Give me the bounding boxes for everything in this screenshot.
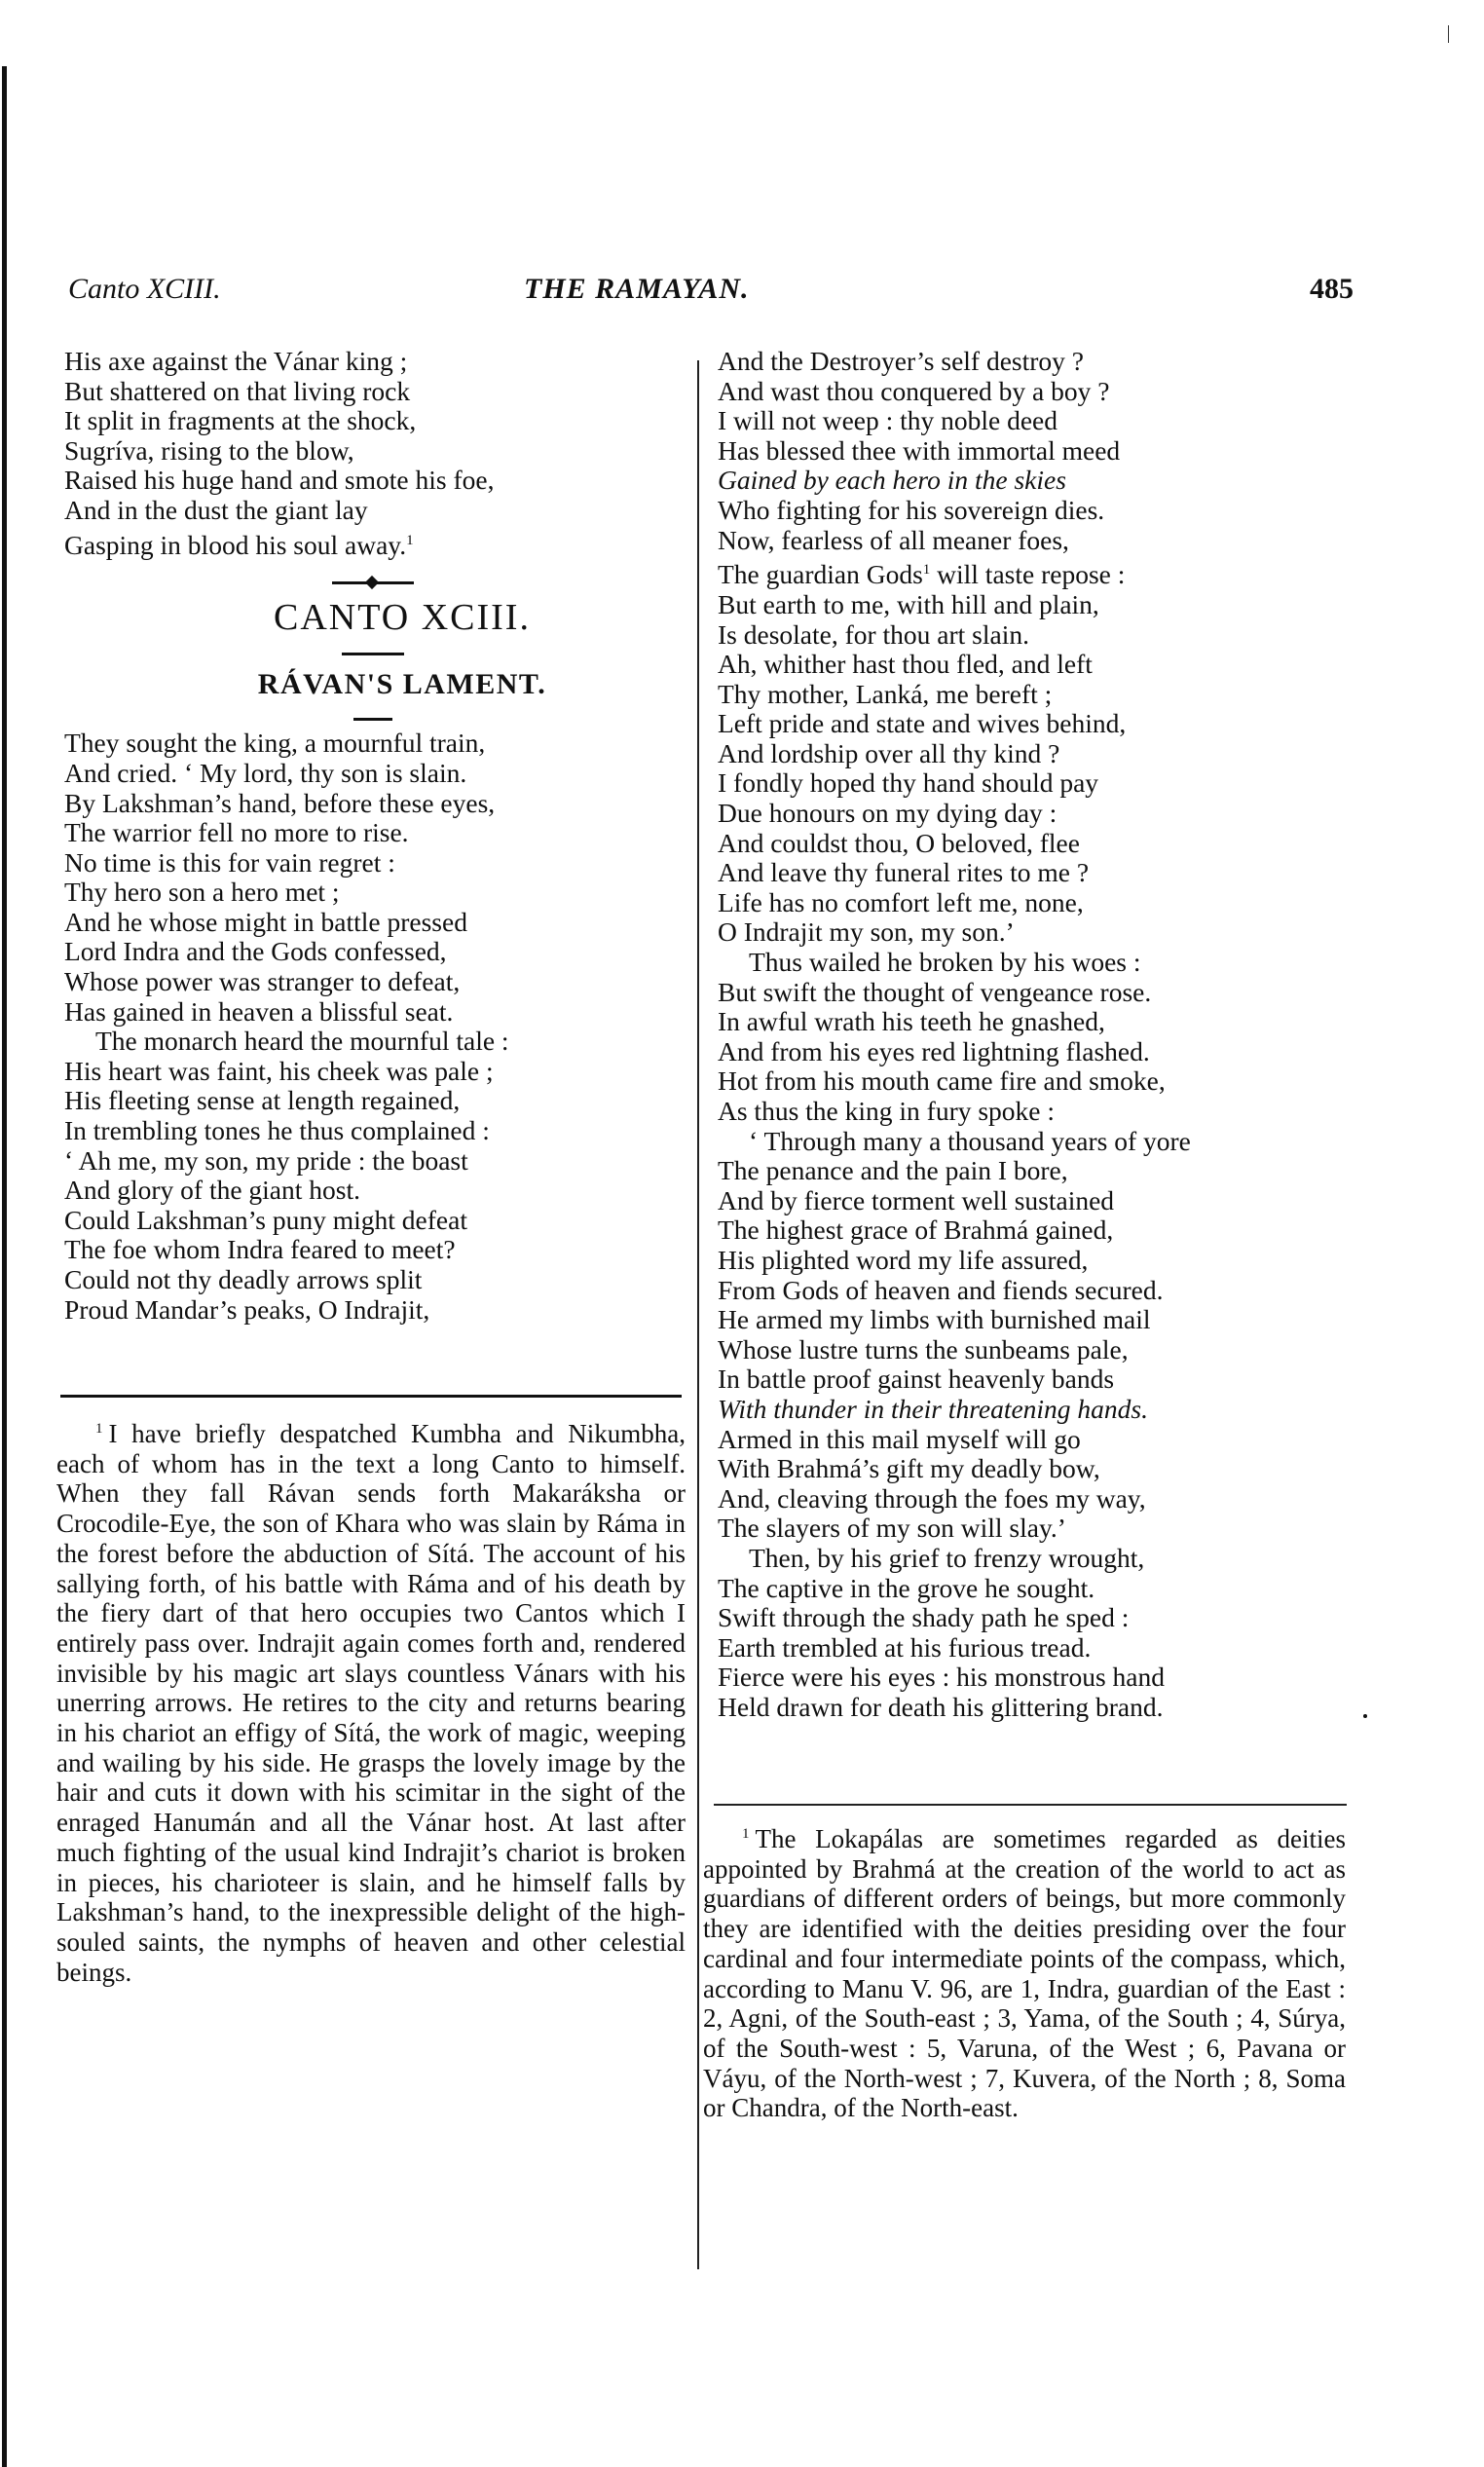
verse-line: No time is this for vain regret : [64,848,682,878]
page-scan-edge [2,66,7,2467]
verse-line: And wast thou conquered by a boy ? [718,377,1347,407]
verse-line: And glory of the giant host. [64,1176,682,1206]
verse-line: Ah, whither hast thou fled, and left [718,650,1347,680]
verse-line: Lord Indra and the Gods confessed, [64,937,682,967]
right-column: And the Destroyer’s self destroy ? And w… [718,347,1347,1722]
verse-line: Life has no comfort left me, none, [718,888,1347,918]
verse-line: And in the dust the giant lay [64,496,682,526]
verse-line: Left pride and state and wives behind, [718,709,1347,739]
verse-line: With thunder in their threatening hands. [718,1395,1347,1425]
running-head: Canto XCIII. THE RAMAYAN. 485 [0,273,1484,312]
verse-line: Gained by each hero in the skies [718,466,1347,496]
verse-line: He armed my limbs with burnished mail [718,1305,1347,1335]
verse-line: Now, fearless of all meaner foes, [718,526,1347,556]
ornament-divider-icon [332,581,414,584]
verse-line-text: Gained by each hero in the skies [718,465,1066,495]
scan-mark [1448,25,1449,43]
footnote-rule [714,1804,1347,1806]
footnote-text: I have briefly despatched Kumbha and Nik… [56,1419,686,1987]
verse-line: It split in fragments at the shock, [64,406,682,436]
footnote-right: 1The Lokapálas are sometimes regarded as… [703,1819,1346,2123]
verse-line: They sought the king, a mournful train, [64,729,682,759]
verse-line: ‘ Ah me, my son, my pride : the boast [64,1146,682,1177]
verse-line: And by fierce torment well sustained [718,1186,1347,1216]
verse-line: Could Lakshman’s puny might defeat [64,1206,682,1236]
verse-line: And leave thy funeral rites to me ? [718,858,1347,888]
verse-line: And cried. ‘ My lord, thy son is slain. [64,759,682,789]
verse-line: By Lakshman’s hand, before these eyes, [64,789,682,819]
verse-line: Thus wailed he broken by his woes : [718,948,1347,978]
verse-line: Whose power was stranger to defeat, [64,967,682,997]
verse-line: Raised his huge hand and smote his foe, [64,466,682,496]
verse-line: Proud Mandar’s peaks, O Indrajit, [64,1295,682,1326]
verse-line: Sugríva, rising to the blow, [64,436,682,467]
verse-line: The penance and the pain I bore, [718,1156,1347,1186]
footnote-ref: 1 [406,533,414,548]
footnote-rule [60,1395,682,1398]
verse-line: The slayers of my son will slay.’ [718,1514,1347,1544]
verse-line-text: The guardian Gods [718,559,923,589]
running-head-title: THE RAMAYAN. [524,273,750,306]
verse-line: Held drawn for death his glittering bran… [718,1693,1347,1723]
verse-line-text: Gasping in blood his soul away. [64,530,406,560]
verse-line: His heart was faint, his cheek was pale … [64,1057,682,1087]
verse-line: Then, by his grief to frenzy wrought, [718,1544,1347,1574]
verse-before-canto: His axe against the Vánar king ; But sha… [64,347,682,560]
heading-rule [342,653,404,655]
verse-line: But shattered on that living rock [64,377,682,407]
verse-line: His axe against the Vánar king ; [64,347,682,377]
verse-line: And from his eyes red lightning flashed. [718,1037,1347,1067]
footnote-text: The Lokapálas are sometimes regarded as … [703,1824,1346,2122]
footnote-marker: 1 [95,1421,103,1437]
footnote-left: 1I have briefly despatched Kumbha and Ni… [56,1414,686,1987]
verse-line: But earth to me, with hill and plain, [718,590,1347,620]
verse-line: Thy mother, Lanká, me bereft ; [718,680,1347,710]
verse-line: I will not weep : thy noble deed [718,406,1347,436]
verse-line: His plighted word my life assured, [718,1246,1347,1276]
footnote-paragraph: 1I have briefly despatched Kumbha and Ni… [56,1414,686,1987]
verse-line: Is desolate, for thou art slain. [718,620,1347,651]
verse-line: Who fighting for his sovereign dies. [718,496,1347,526]
verse-line: Has gained in heaven a blissful seat. [64,997,682,1028]
verse-line: From Gods of heaven and fiends secured. [718,1276,1347,1306]
verse-line: Due honours on my dying day : [718,799,1347,829]
verse-line: And he whose might in battle pressed [64,908,682,938]
verse-line: Has blessed thee with immortal meed [718,436,1347,467]
verse-line: The highest grace of Brahmá gained, [718,1215,1347,1246]
verse-line: Whose lustre turns the sunbeams pale, [718,1335,1347,1365]
verse-line: Could not thy deadly arrows split [64,1265,682,1295]
verse-line: O Indrajit my son, my son.’ [718,917,1347,948]
scan-speck [1363,1714,1367,1718]
verse-line: Hot from his mouth came fire and smoke, [718,1066,1347,1097]
footnote-marker: 1 [742,1826,750,1842]
heading-rule [353,718,392,721]
verse-line: In battle proof gainst heavenly bands [718,1364,1347,1395]
canto-subtitle: RÁVAN'S LAMENT. [123,665,682,704]
canto-heading-block: CANTO XCIII. RÁVAN'S LAMENT. [64,581,682,721]
verse-line-text: With thunder in their threatening hands. [718,1394,1148,1424]
verse-line: And couldst thou, O beloved, flee [718,829,1347,859]
verse-line: Gasping in blood his soul away.1 [64,526,682,561]
verse-line: In trembling tones he thus complained : [64,1116,682,1146]
verse-line: Earth trembled at his furious tread. [718,1633,1347,1663]
verse-line: And the Destroyer’s self destroy ? [718,347,1347,377]
verse-line: The guardian Gods1 will taste repose : [718,555,1347,590]
verse-line-text: will taste repose : [930,559,1125,589]
verse-line: And, cleaving through the foes my way, [718,1484,1347,1514]
footnote-paragraph: 1The Lokapálas are sometimes regarded as… [703,1819,1346,2123]
verse-line: Armed in this mail myself will go [718,1425,1347,1455]
verse-line: His fleeting sense at length regained, [64,1086,682,1116]
verse-line: The warrior fell no more to rise. [64,818,682,848]
verse-line: The foe whom Indra feared to meet? [64,1235,682,1265]
verse-line: ‘ Through many a thousand years of yore [718,1127,1347,1157]
running-head-canto: Canto XCIII. [68,273,221,306]
verse-line: Swift through the shady path he sped : [718,1603,1347,1633]
verse-line: But swift the thought of vengeance rose. [718,978,1347,1008]
column-divider [697,360,699,2269]
verse-line: As thus the king in fury spoke : [718,1097,1347,1127]
page-number: 485 [1310,273,1354,306]
verse-line: Fierce were his eyes : his monstrous han… [718,1663,1347,1693]
verse-main: They sought the king, a mournful train, … [64,729,682,1325]
verse-line: In awful wrath his teeth he gnashed, [718,1007,1347,1037]
verse-line: With Brahmá’s gift my deadly bow, [718,1454,1347,1484]
left-column: His axe against the Vánar king ; But sha… [64,347,682,1325]
verse-line: And lordship over all thy kind ? [718,739,1347,769]
verse-line: Thy hero son a hero met ; [64,878,682,908]
verse-line: The monarch heard the mournful tale : [64,1027,682,1057]
canto-title: CANTO XCIII. [123,594,682,641]
verse-line: The captive in the grove he sought. [718,1574,1347,1604]
verse-line: I fondly hoped thy hand should pay [718,768,1347,799]
